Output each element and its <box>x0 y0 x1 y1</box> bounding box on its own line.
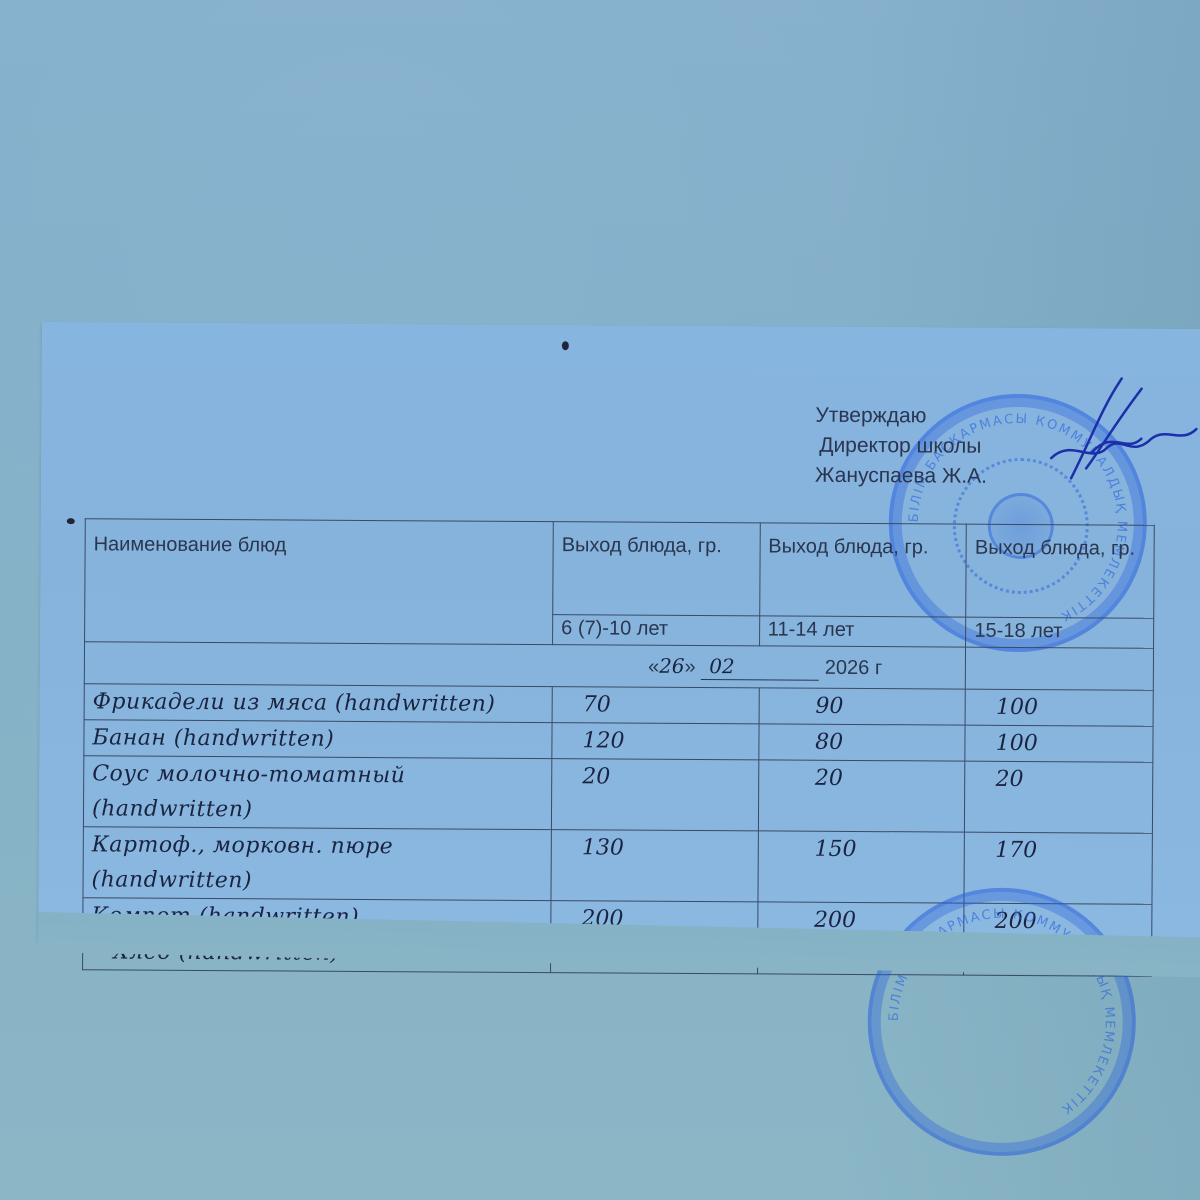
approval-position: Директор школы <box>815 431 987 462</box>
menu-sheet: БІЛІМ БАСҚАРМАСЫ КОММУНАЛДЫҚ МЕМЛЕКЕТТІК… <box>38 322 1200 947</box>
yield-6-10: 120 <box>552 723 759 760</box>
header-age-11-14: 11-14 лет <box>759 616 966 647</box>
header-yield-15-18: Выход блюда, гр. <box>966 524 1154 618</box>
pin-mark <box>67 518 75 524</box>
approval-title: Утверждаю <box>815 401 987 432</box>
yield-6-10: 20 <box>551 759 758 831</box>
yield-6-10: 70 <box>552 687 759 724</box>
pin-mark <box>562 341 569 350</box>
yield-11-14: 90 <box>759 688 966 725</box>
approval-block: Утверждаю Директор школы Жануспаева Ж.А. <box>815 401 987 492</box>
dish-name: Соус молочно-томатный (handwritten) <box>83 756 552 830</box>
date-day: 26 <box>659 654 685 678</box>
yield-15-18: 20 <box>965 761 1153 833</box>
date-month: 02 <box>701 653 819 681</box>
header-age-15-18: 15-18 лет <box>966 617 1154 648</box>
table-row: Соус молочно-томатный (handwritten) 20 2… <box>83 756 1152 834</box>
signature <box>1031 368 1200 499</box>
table-row: Банан (handwritten) 120 80 100 <box>84 720 1153 763</box>
header-dish-name: Наименование блюд <box>85 519 554 645</box>
date-year: 2026 г <box>825 657 882 679</box>
menu-table: Наименование блюд Выход блюда, гр. Выход… <box>82 518 1155 977</box>
header-age-6-10: 6 (7)-10 лет <box>553 615 760 646</box>
header-yield-11-14: Выход блюда, гр. <box>759 523 966 618</box>
table-row: Картоф., морковн. пюре (handwritten) 130… <box>83 827 1152 905</box>
approval-name: Жануспаева Ж.А. <box>815 461 987 492</box>
menu-date: «26» 02 2026 г <box>84 642 966 689</box>
header-row: Наименование блюд Выход блюда, гр. Выход… <box>85 519 1155 619</box>
date-row-empty-cell <box>966 647 1154 690</box>
dish-name: Фрикадели из мяса (handwritten) <box>84 684 552 723</box>
yield-15-18: 100 <box>965 725 1153 762</box>
date-row: «26» 02 2026 г <box>84 642 1153 691</box>
yield-11-14: 80 <box>759 724 966 761</box>
yield-15-18: 170 <box>964 832 1152 904</box>
yield-11-14: 20 <box>758 760 965 832</box>
header-yield-6-10: Выход блюда, гр. <box>553 522 760 617</box>
table-row: Фрикадели из мяса (handwritten) 70 90 10… <box>84 684 1153 727</box>
dish-name: Картоф., морковн. пюре (handwritten) <box>83 827 552 901</box>
dish-name: Банан (handwritten) <box>84 720 552 759</box>
yield-11-14: 150 <box>758 831 965 903</box>
yield-6-10: 130 <box>551 830 758 902</box>
yield-15-18: 100 <box>965 689 1153 726</box>
